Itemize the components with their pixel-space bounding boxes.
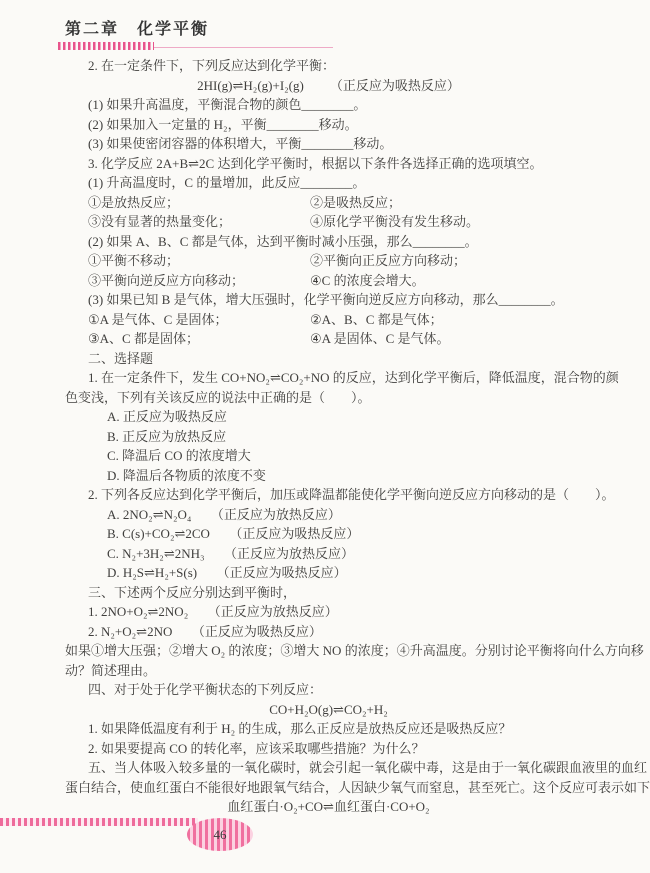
- q3-part2-stem: (2) 如果 A、B、C 都是气体，达到平衡时减小压强，那么________。: [65, 232, 592, 252]
- q3-part1-option-3: ③没有显著的热量变化；: [88, 212, 310, 232]
- header-decorative-rule: [58, 42, 333, 50]
- header-rule-dashes: [58, 42, 154, 50]
- s2-q1-option-b: B. 正反应为放热反应: [65, 427, 592, 447]
- s3-question-line1: 如果①增大压强；②增大 O₂ 的浓度；③增大 NO 的浓度；④升高温度。分别讨论…: [65, 641, 592, 661]
- q3-part2-option-2: ②平衡向正反应方向移动；: [310, 251, 592, 271]
- q3-part3-option-2: ②A、B、C 都是气体；: [310, 310, 592, 330]
- s4-equation: CO+H₂O(g)⇌CO₂+H₂: [65, 700, 592, 720]
- q3-part3-options-row2: ③A、C 都是固体； ④A 是固体、C 是气体。: [65, 329, 592, 349]
- q2-stem: 2. 在一定条件下，下列反应达到化学平衡：: [65, 56, 592, 76]
- q3-part1-option-2: ②是吸热反应；: [310, 193, 592, 213]
- page-content: 2. 在一定条件下，下列反应达到化学平衡： 2HI(g)⇌H₂(g)+I₂(g)…: [65, 56, 592, 817]
- q2-equation-note: （正反应为吸热反应）: [330, 78, 460, 93]
- s2-q2-option-b: B. C(s)+CO₂⇌2CO （正反应为吸热反应）: [65, 524, 592, 544]
- s4-question-1: 1. 如果降低温度有利于 H₂ 的生成，那么正反应是放热反应还是吸热反应？: [65, 719, 592, 739]
- q3-part2-option-3: ③平衡向逆反应方向移动；: [88, 271, 310, 291]
- q2-part-2: (2) 如果加入一定量的 H₂，平衡________移动。: [65, 115, 592, 135]
- q3-stem: 3. 化学反应 2A+B⇌2C 达到化学平衡时，根据以下条件各选择正确的选项填空…: [65, 154, 592, 174]
- s3-reaction-1: 1. 2NO+O₂⇌2NO₂ （正反应为放热反应）: [65, 602, 592, 622]
- s2-q1-option-d: D. 降温后各物质的浓度不变: [65, 466, 592, 486]
- q3-part3-option-1: ①A 是气体、C 是固体；: [88, 310, 310, 330]
- q3-part1-options-row1: ①是放热反应； ②是吸热反应；: [65, 193, 592, 213]
- section5-text-line2: 蛋白结合，使血红蛋白不能很好地跟氧气结合，人因缺少氧气而窒息，甚至死亡。这个反应…: [65, 778, 592, 798]
- s3-question-line2: 动？简述理由。: [65, 661, 592, 681]
- page-number-badge: 46: [187, 818, 253, 851]
- q3-part1-options-row2: ③没有显著的热量变化； ④原化学平衡没有发生移动。: [65, 212, 592, 232]
- q3-part2-option-4: ④C 的浓度会增大。: [310, 271, 592, 291]
- footer-decorative-bar: [0, 818, 198, 826]
- s2-q1-stem-line1: 1. 在一定条件下，发生 CO+NO₂⇌CO₂+NO 的反应，达到化学平衡后，降…: [65, 368, 592, 388]
- q3-part1-option-1: ①是放热反应；: [88, 193, 310, 213]
- s4-question-2: 2. 如果要提高 CO 的转化率，应该采取哪些措施？为什么？: [65, 739, 592, 759]
- q2-part-1: (1) 如果升高温度，平衡混合物的颜色________。: [65, 95, 592, 115]
- section4-heading: 四、对于处于化学平衡状态的下列反应：: [65, 680, 592, 700]
- s2-q1-stem-line2: 色变浅，下列有关该反应的说法中正确的是（ ）。: [65, 388, 592, 408]
- q3-part2-options-row2: ③平衡向逆反应方向移动； ④C 的浓度会增大。: [65, 271, 592, 291]
- q3-part1-option-4: ④原化学平衡没有发生移动。: [310, 212, 592, 232]
- s5-equation: 血红蛋白·O₂+CO⇌血红蛋白·CO+O₂: [65, 797, 592, 817]
- q3-part3-option-4: ④A 是固体、C 是气体。: [310, 329, 592, 349]
- s2-q2-option-c: C. N₂+3H₂⇌2NH₃ （正反应为放热反应）: [65, 544, 592, 564]
- q3-part3-option-3: ③A、C 都是固体；: [88, 329, 310, 349]
- q2-equation: 2HI(g)⇌H₂(g)+I₂(g): [197, 78, 304, 93]
- header-rule-line: [154, 47, 333, 49]
- s2-q2-option-a: A. 2NO₂⇌N₂O₄ （正反应为放热反应）: [65, 505, 592, 525]
- s3-reaction-2: 2. N₂+O₂⇌2NO （正反应为吸热反应）: [65, 622, 592, 642]
- q3-part2-option-1: ①平衡不移动；: [88, 251, 310, 271]
- page-number: 46: [214, 827, 227, 843]
- section2-heading: 二、选择题: [65, 349, 592, 369]
- section5-text-line1: 五、当人体吸入较多量的一氧化碳时，就会引起一氧化碳中毒，这是由于一氧化碳跟血液里…: [65, 758, 592, 778]
- section3-heading: 三、下述两个反应分别达到平衡时，: [65, 583, 592, 603]
- s2-q2-stem: 2. 下列各反应达到化学平衡后，加压或降温都能使化学平衡向逆反应方向移动的是（ …: [65, 485, 592, 505]
- q3-part3-stem: (3) 如果已知 B 是气体，增大压强时，化学平衡向逆反应方向移动，那么____…: [65, 290, 592, 310]
- q2-part-3: (3) 如果使密闭容器的体积增大，平衡________移动。: [65, 134, 592, 154]
- s2-q2-option-d: D. H₂S⇌H₂+S(s) （正反应为吸热反应）: [65, 563, 592, 583]
- q3-part3-options-row1: ①A 是气体、C 是固体； ②A、B、C 都是气体；: [65, 310, 592, 330]
- q3-part2-options-row1: ①平衡不移动； ②平衡向正反应方向移动；: [65, 251, 592, 271]
- textbook-page: 第二章 化学平衡 2. 在一定条件下，下列反应达到化学平衡： 2HI(g)⇌H₂…: [0, 0, 650, 873]
- chapter-title: 第二章 化学平衡: [65, 16, 209, 39]
- s2-q1-option-a: A. 正反应为吸热反应: [65, 407, 592, 427]
- s2-q1-option-c: C. 降温后 CO 的浓度增大: [65, 446, 592, 466]
- q3-part1-stem: (1) 升高温度时，C 的量增加，此反应________。: [65, 173, 592, 193]
- q2-equation-line: 2HI(g)⇌H₂(g)+I₂(g)（正反应为吸热反应）: [65, 76, 592, 96]
